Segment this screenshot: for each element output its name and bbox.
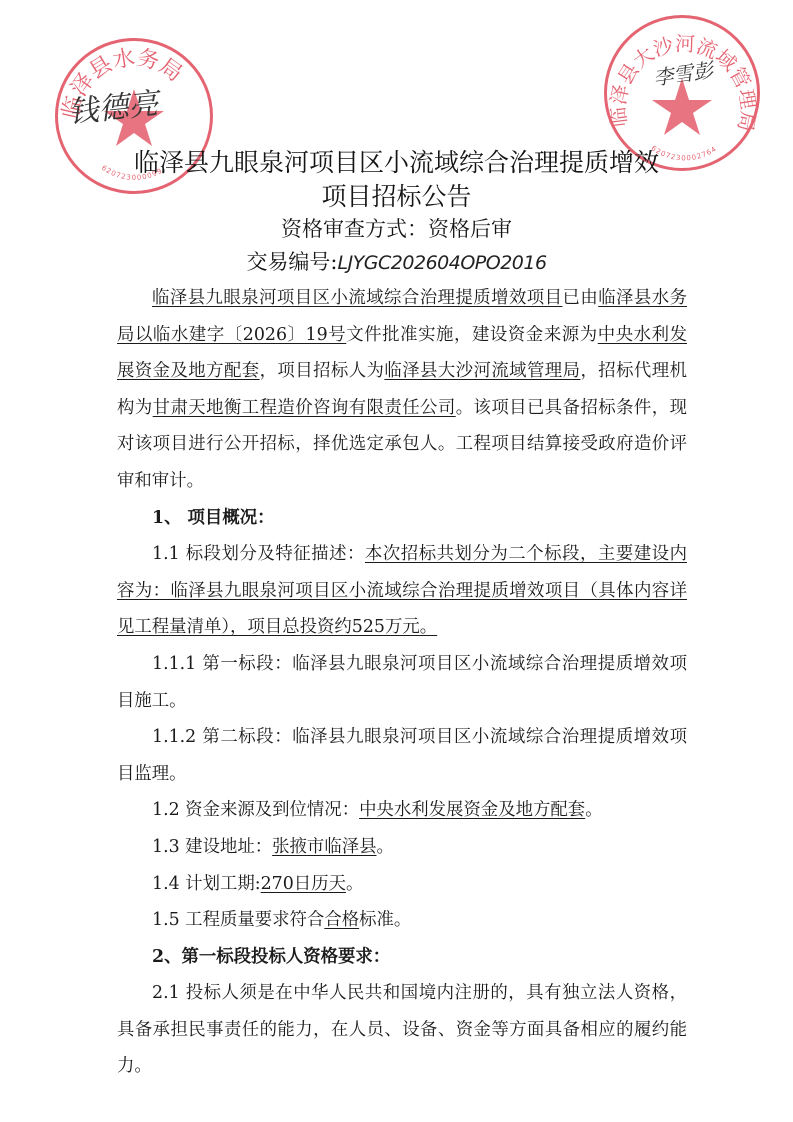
section-1-5: 1.5 工程质量要求符合合格标准。 bbox=[117, 902, 687, 939]
section-1-2-value: 中央水利发展资金及地方配套 bbox=[359, 800, 585, 820]
section-1-1-2: 1.1.2 第二标段：临泽县九眼泉河项目区小流域综合治理提质增效项目监理。 bbox=[117, 719, 687, 792]
document-page: 临泽县水务局 620723000099 钱德亮 临泽县大沙河流域管理局 6207… bbox=[0, 0, 793, 1122]
section-1-3: 1.3 建设地址：张掖市临泽县。 bbox=[117, 829, 687, 866]
intro-text-2: 文件批准实施，建设资金来源为 bbox=[346, 325, 598, 345]
section-1-1-label: 1.1 标段划分及特征描述： bbox=[152, 544, 365, 564]
section-1-1: 1.1 标段划分及特征描述：本次招标共划分为二个标段，主要建设内容为：临泽县九眼… bbox=[117, 536, 687, 646]
section-1-3-value: 张掖市临泽县 bbox=[272, 837, 376, 857]
section-1-4-end: 。 bbox=[346, 874, 363, 894]
signature-left: 钱德亮 bbox=[66, 78, 160, 131]
tenderer: 临泽县大沙河流域管理局 bbox=[384, 361, 580, 381]
tender-agency: 甘肃天地衡工程造价咨询有限责任公司 bbox=[153, 398, 456, 418]
intro-paragraph: 临泽县九眼泉河项目区小流域综合治理提质增效项目已由临泽县水务局以临水建字〔202… bbox=[117, 280, 687, 500]
section-1-2-end: 。 bbox=[585, 800, 602, 820]
section-2-heading: 2、第一标段投标人资格要求： bbox=[117, 939, 687, 976]
document-body: 临泽县九眼泉河项目区小流域综合治理提质增效项目已由临泽县水务局以临水建字〔202… bbox=[117, 280, 687, 1085]
document-title: 临泽县九眼泉河项目区小流域综合治理提质增效 bbox=[0, 143, 793, 179]
trade-number-label: 交易编号: bbox=[246, 250, 337, 274]
section-1-4-label: 1.4 计划工期: bbox=[152, 874, 261, 894]
document-subtitle: 项目招标公告 bbox=[0, 177, 793, 213]
section-1-4-value: 270日历天 bbox=[261, 874, 346, 894]
trade-number: 交易编号:LJYGC202604OPO2016 bbox=[0, 246, 793, 276]
section-1-2-label: 1.2 资金来源及到位情况： bbox=[152, 800, 359, 820]
intro-text-3: ，项目招标人为 bbox=[260, 361, 385, 381]
section-1-heading: 1、 项目概况： bbox=[117, 500, 687, 537]
section-1-5-label: 1.5 工程质量要求符合 bbox=[152, 910, 324, 930]
section-1-4: 1.4 计划工期:270日历天。 bbox=[117, 866, 687, 903]
project-name: 临泽县九眼泉河项目区小流域综合治理提质增效项目 bbox=[152, 288, 562, 308]
review-method: 资格审查方式：资格后审 bbox=[0, 213, 793, 243]
section-1-5-end: 标准。 bbox=[359, 910, 411, 930]
trade-number-value: LJYGC202604OPO2016 bbox=[338, 252, 547, 274]
section-1-3-end: 。 bbox=[377, 837, 394, 857]
section-1-5-value: 合格 bbox=[324, 910, 359, 930]
section-1-1-1: 1.1.1 第一标段：临泽县九眼泉河项目区小流域综合治理提质增效项目施工。 bbox=[117, 646, 687, 719]
section-1-3-label: 1.3 建设地址： bbox=[152, 837, 272, 857]
section-1-2: 1.2 资金来源及到位情况：中央水利发展资金及地方配套。 bbox=[117, 792, 687, 829]
section-2-1: 2.1 投标人须是在中华人民共和国境内注册的，具有独立法人资格，具备承担民事责任… bbox=[117, 975, 687, 1085]
intro-text-1: 已由 bbox=[562, 288, 598, 308]
